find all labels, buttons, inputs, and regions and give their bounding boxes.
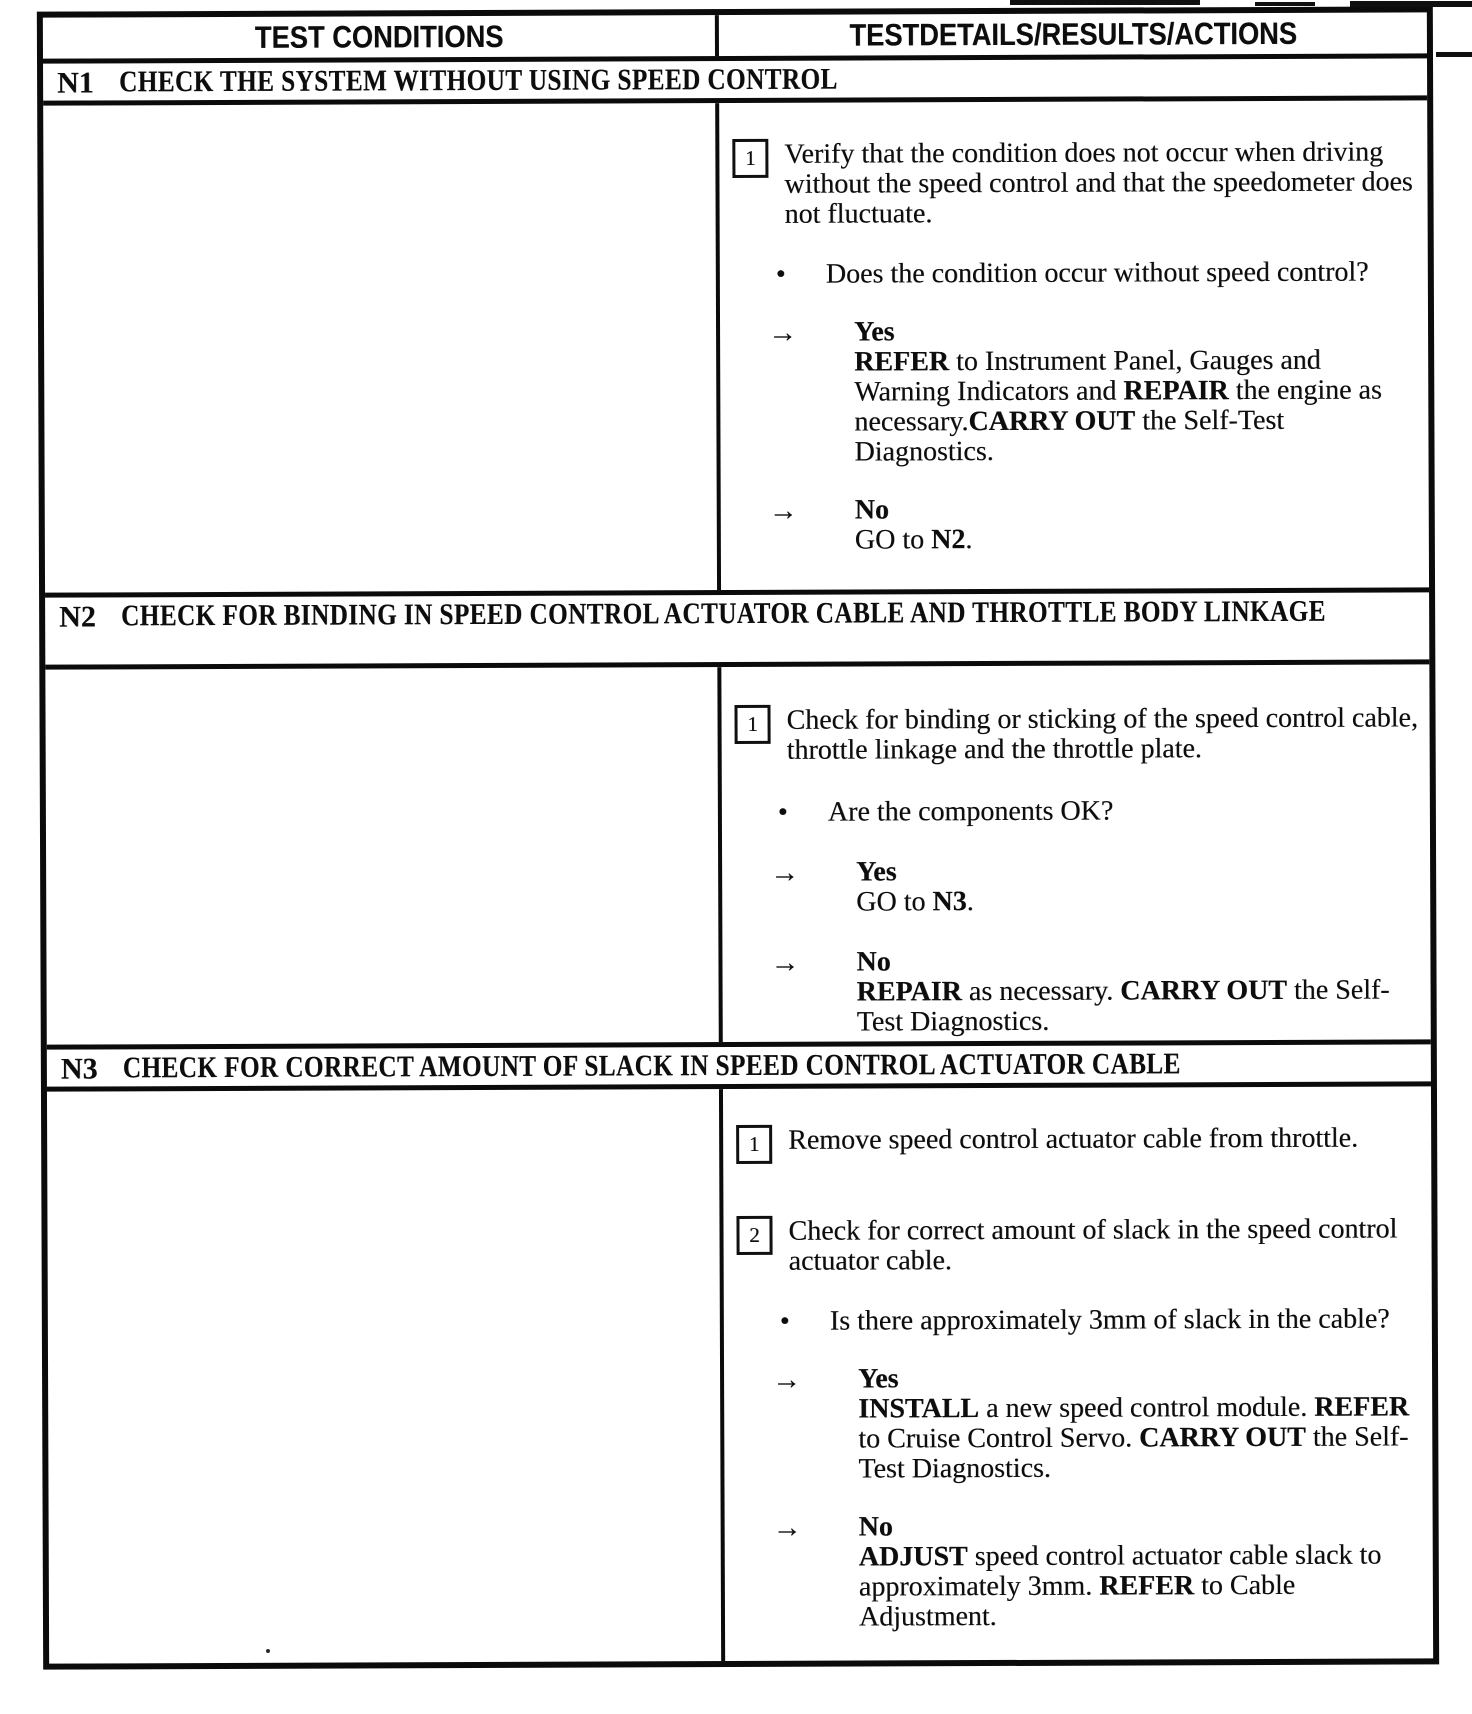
question-text: Are the components OK? [828,795,1420,827]
arrow-icon: → [770,858,856,918]
header-cell-testdetails: TESTDETAILS/RESULTS/ACTIONS [719,12,1427,56]
result-item-no: → No REPAIR as necessary. CARRY OUT the … [722,945,1420,1038]
step-item: 1 Check for binding or sticking of the s… [721,700,1419,766]
section-id-n1: N1 [57,64,119,101]
result-item-no: → No ADJUST speed control actuator cable… [725,1510,1423,1633]
result-body: Yes REFER to Instrument Panel, Gauges an… [854,315,1419,467]
result-body: No GO to N2. [855,493,1419,555]
result-action: ADJUST speed control actuator cable slac… [859,1540,1423,1632]
result-action: REPAIR as necessary. CARRY OUT the Self-… [857,975,1421,1037]
question-item: • Does the condition occur without speed… [720,257,1418,290]
table-header-row: TEST CONDITIONS TESTDETAILS/RESULTS/ACTI… [43,12,1427,63]
section-header-n1: N1 CHECK THE SYSTEM WITHOUT USING SPEED … [43,58,1427,105]
section-id-n2: N2 [59,598,121,635]
arrow-icon: → [770,948,856,1038]
bullet-icon: • [778,798,828,828]
arrow-icon: → [773,1513,859,1633]
diagnostic-test-table: TEST CONDITIONS TESTDETAILS/RESULTS/ACTI… [37,6,1439,1669]
step-number-box: 1 [732,139,768,178]
scan-artifact-dot [266,1649,270,1653]
result-item-no: → No GO to N2. [721,493,1419,556]
result-body: No REPAIR as necessary. CARRY OUT the Se… [856,945,1420,1037]
section-body-n1: 1 Verify that the condition does not occ… [43,100,1429,597]
step-item: 1 Remove speed control actuator cable fr… [723,1120,1421,1164]
result-label: No [855,493,1419,525]
result-item-yes: → Yes REFER to Instrument Panel, Gauges … [720,315,1419,468]
section-title-n1: CHECK THE SYSTEM WITHOUT USING SPEED CON… [119,59,1427,99]
question-text: Does the condition occur without speed c… [826,257,1418,289]
result-body: Yes GO to N3. [856,855,1420,917]
bullet-icon: • [780,1307,830,1337]
result-action: REFER to Instrument Panel, Gauges and Wa… [854,345,1418,467]
step-number-box: 2 [736,1216,772,1255]
arrow-icon: → [769,496,855,556]
result-label: No [856,945,1420,977]
step-text: Check for binding or sticking of the spe… [786,700,1419,765]
test-conditions-cell-n2 [45,667,722,1045]
result-item-yes: → Yes GO to N3. [722,855,1420,918]
step-item: 2 Check for correct amount of slack in t… [723,1211,1421,1277]
section-header-n3: N3 CHECK FOR CORRECT AMOUNT OF SLACK IN … [47,1044,1431,1091]
step-number-box: 1 [736,1125,772,1164]
section-title-n2: CHECK FOR BINDING IN SPEED CONTROL ACTUA… [121,593,1429,633]
section-body-n3: 1 Remove speed control actuator cable fr… [47,1086,1433,1663]
test-details-cell-n1: 1 Verify that the condition does not occ… [719,100,1429,590]
step-item: 1 Verify that the condition does not occ… [719,134,1417,230]
scan-noise [1255,2,1315,6]
header-cell-test-conditions: TEST CONDITIONS [43,15,719,59]
arrow-icon: → [772,1365,858,1485]
step-text: Check for correct amount of slack in the… [788,1211,1421,1276]
question-item: • Is there approximately 3mm of slack in… [724,1304,1422,1337]
column-header-test-conditions: TEST CONDITIONS [255,18,504,55]
result-label: No [859,1510,1423,1542]
section-id-n3: N3 [61,1050,123,1087]
result-label: Yes [856,855,1420,887]
result-label: Yes [854,315,1418,347]
result-body: Yes INSTALL a new speed control module. … [858,1362,1422,1484]
result-action: INSTALL a new speed control module. REFE… [858,1392,1422,1484]
section-title-n3: CHECK FOR CORRECT AMOUNT OF SLACK IN SPE… [123,1045,1431,1085]
result-item-yes: → Yes INSTALL a new speed control module… [724,1362,1422,1485]
scanned-page: TEST CONDITIONS TESTDETAILS/RESULTS/ACTI… [37,6,1439,1669]
result-body: No ADJUST speed control actuator cable s… [859,1510,1423,1632]
section-body-n2: 1 Check for binding or sticking of the s… [45,664,1430,1049]
step-number-box: 1 [734,705,770,744]
arrow-icon: → [768,318,855,468]
scan-noise [1350,1,1472,7]
question-text: Is there approximately 3mm of slack in t… [830,1304,1422,1336]
bullet-icon: • [776,260,826,290]
section-header-n2: N2 CHECK FOR BINDING IN SPEED CONTROL AC… [45,592,1429,669]
step-text: Verify that the condition does not occur… [784,134,1417,229]
scan-noise [1010,0,1200,5]
test-conditions-cell-n1 [43,103,721,593]
result-label: Yes [858,1362,1422,1394]
result-action: GO to N2. [855,523,1419,555]
result-action: GO to N3. [856,885,1420,917]
test-details-cell-n3: 1 Remove speed control actuator cable fr… [723,1086,1433,1661]
question-item: • Are the components OK? [722,795,1420,828]
test-conditions-cell-n3 [47,1089,725,1664]
scan-noise [1436,52,1472,57]
step-text: Remove speed control actuator cable from… [788,1120,1421,1163]
test-details-cell-n2: 1 Check for binding or sticking of the s… [721,664,1430,1042]
column-header-testdetails-results-actions: TESTDETAILS/RESULTS/ACTIONS [849,15,1297,53]
